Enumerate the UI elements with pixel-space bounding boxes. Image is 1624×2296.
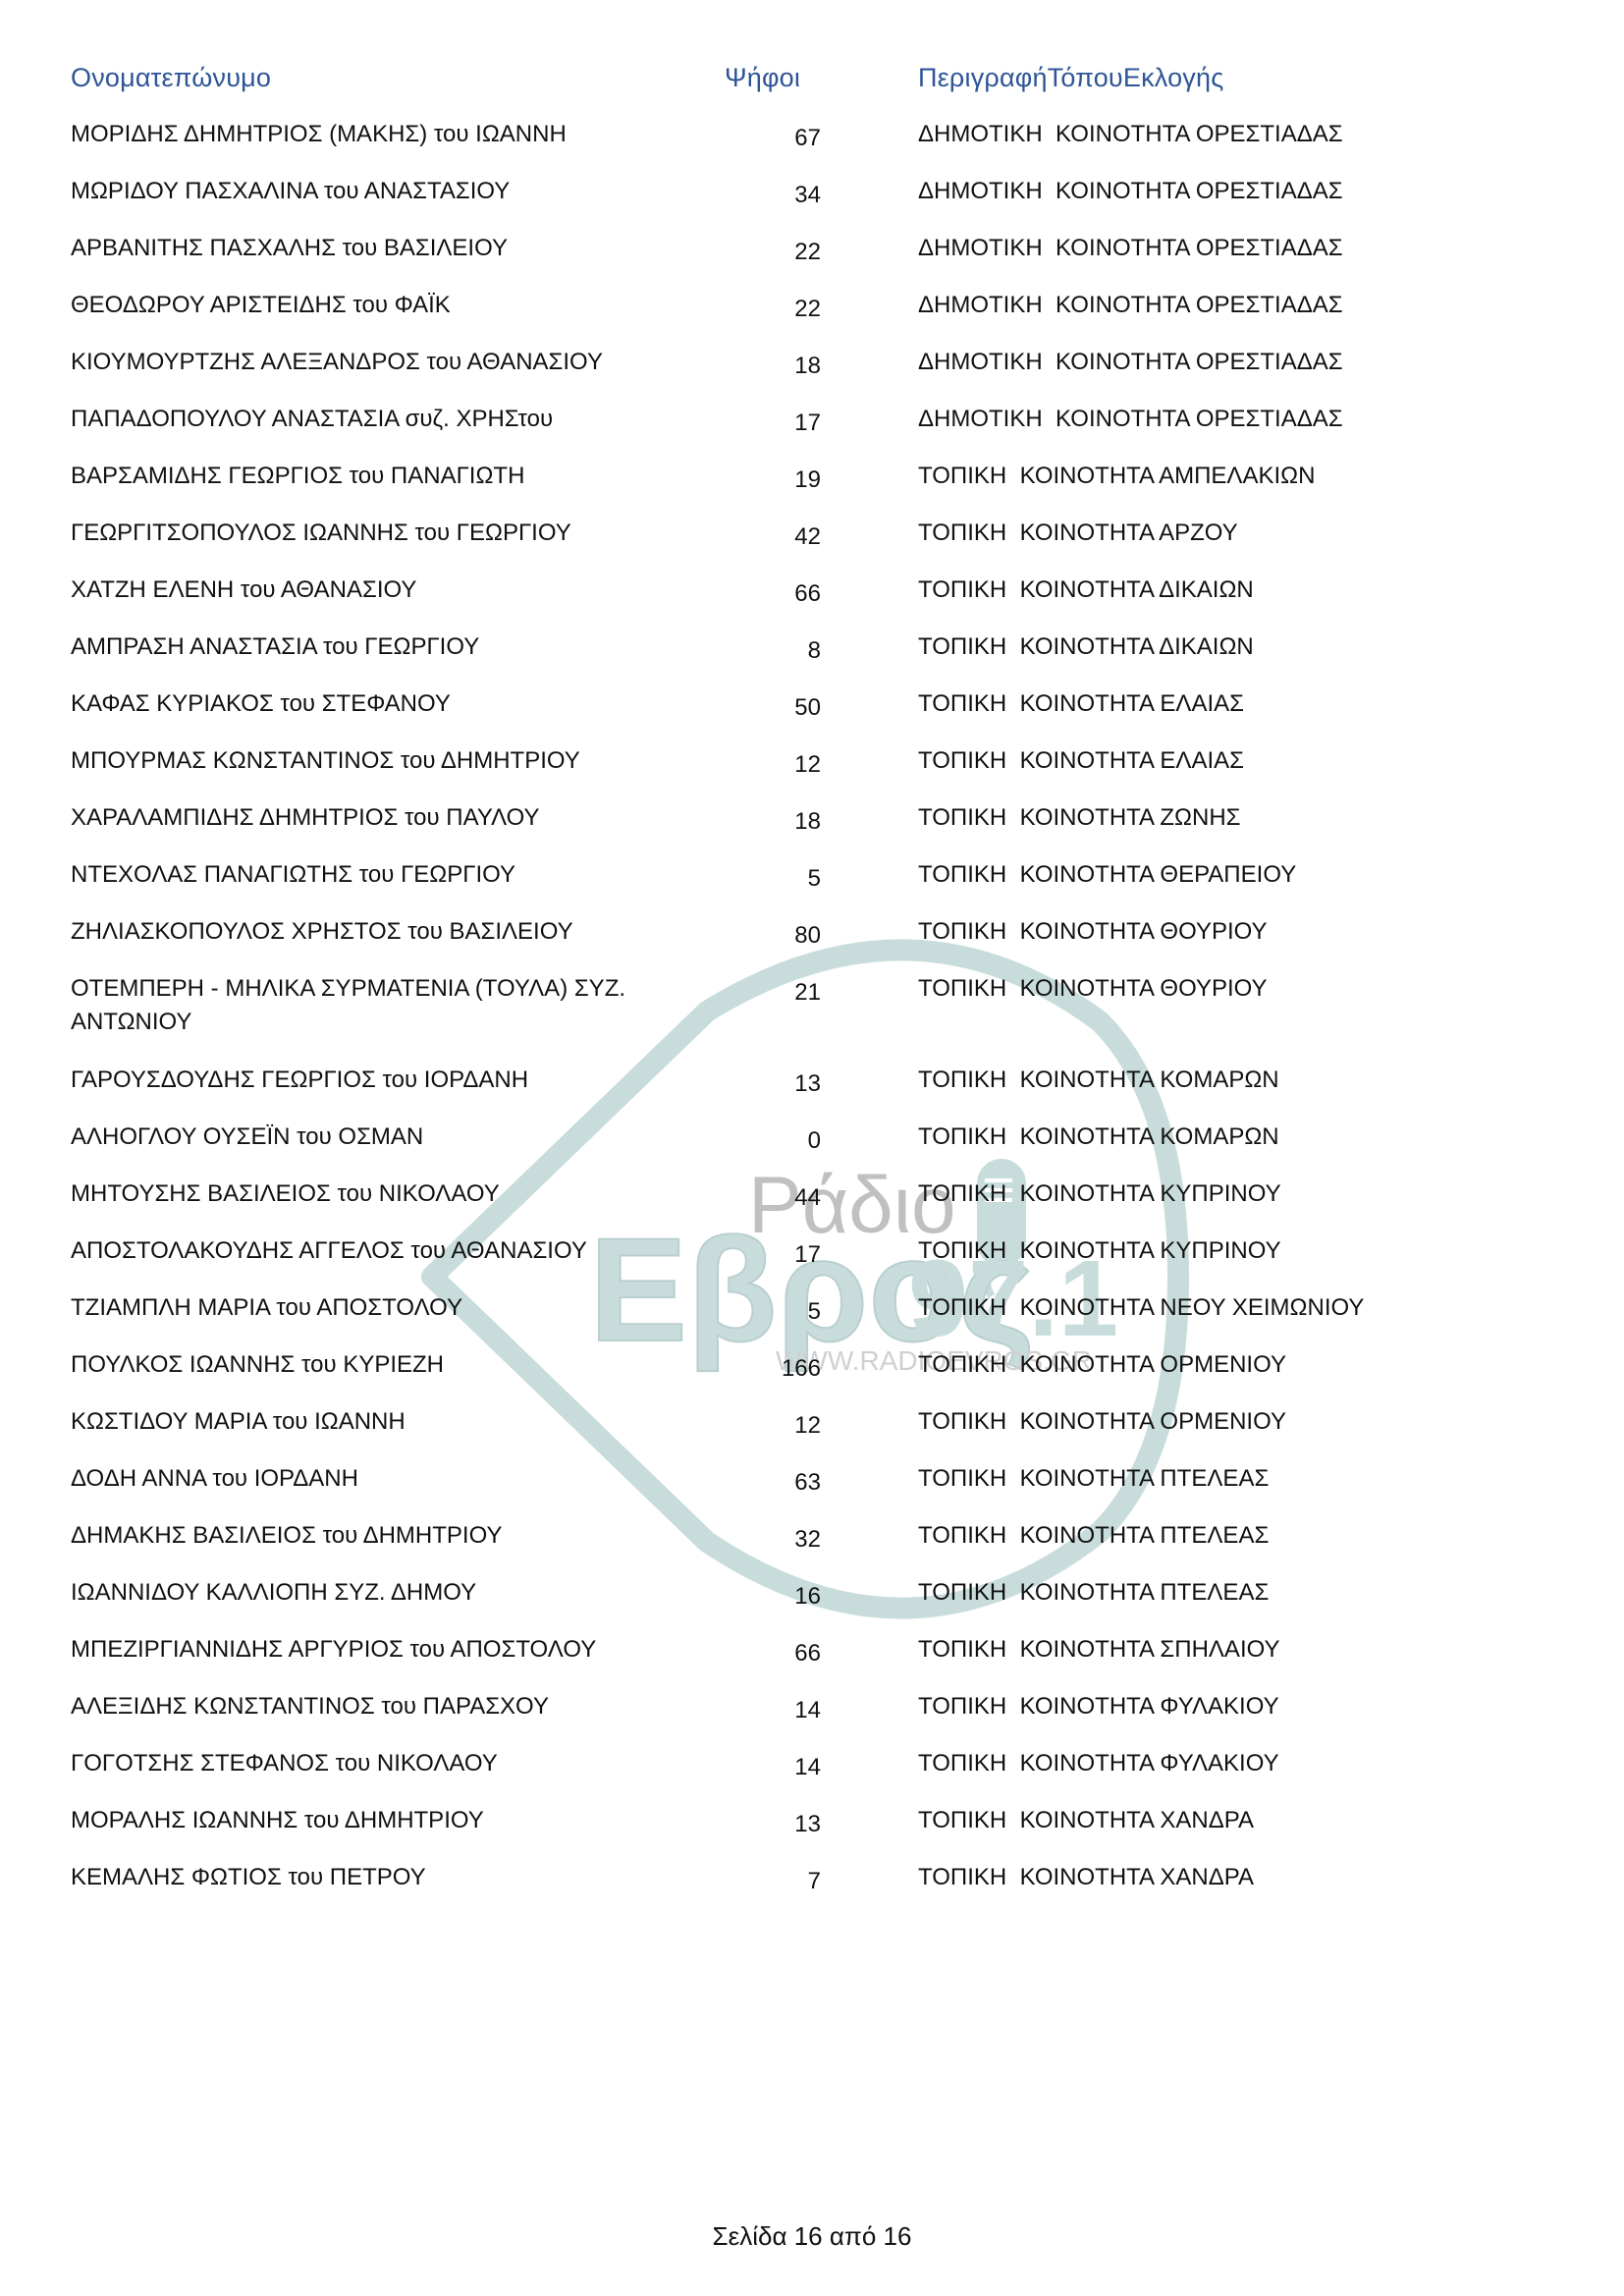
candidate-name: ΜΩΡΙΔΟΥ ΠΑΣΧΑΛΙΝΑ του ΑΝΑΣΤΑΣΙΟΥ — [71, 175, 660, 208]
candidate-name: ΓΕΩΡΓΙΤΣΟΠΟΥΛΟΣ ΙΩΑΝΝΗΣ του ΓΕΩΡΓΙΟΥ — [71, 517, 660, 550]
candidate-name: ΟΤΕΜΠΕΡΗ - ΜΗΛΙΚΑ ΣΥΡΜΑΤΕΝΙΑ (ΤΟΥΛΑ) ΣΥΖ… — [71, 972, 660, 1039]
vote-count: 18 — [727, 350, 821, 383]
vote-count: 13 — [727, 1808, 821, 1841]
election-place: ΔΗΜΟΤΙΚΗ ΚΟΙΝΟΤΗΤΑ ΟΡΕΣΤΙΑΔΑΣ — [918, 175, 1343, 208]
election-place: ΤΟΠΙΚΗ ΚΟΙΝΟΤΗΤΑ ΚΟΜΑΡΩΝ — [918, 1121, 1279, 1154]
vote-count: 0 — [727, 1124, 821, 1158]
column-header-votes: Ψήφοι — [725, 63, 800, 93]
candidate-name: ΜΠΟΥΡΜΑΣ ΚΩΝΣΤΑΝΤΙΝΟΣ του ΔΗΜΗΤΡΙΟΥ — [71, 744, 660, 778]
election-place: ΤΟΠΙΚΗ ΚΟΙΝΟΤΗΤΑ ΠΤΕΛΕΑΣ — [918, 1462, 1269, 1496]
candidate-name: ΠΟΥΛΚΟΣ ΙΩΑΝΝΗΣ του ΚΥΡΙΕΖΗ — [71, 1348, 660, 1382]
election-place: ΤΟΠΙΚΗ ΚΟΙΝΟΤΗΤΑ ΧΑΝΔΡΑ — [918, 1861, 1254, 1894]
vote-count: 7 — [727, 1865, 821, 1898]
vote-count: 44 — [727, 1181, 821, 1215]
candidate-name: ΝΤΕΧΟΛΑΣ ΠΑΝΑΓΙΩΤΗΣ του ΓΕΩΡΓΙΟΥ — [71, 858, 660, 892]
column-header-name: Ονοματεπώνυμο — [71, 63, 271, 93]
election-place: ΤΟΠΙΚΗ ΚΟΙΝΟΤΗΤΑ ΟΡΜΕΝΙΟΥ — [918, 1348, 1286, 1382]
vote-count: 12 — [727, 748, 821, 782]
election-place: ΤΟΠΙΚΗ ΚΟΙΝΟΤΗΤΑ ΘΟΥΡΙΟΥ — [918, 915, 1268, 949]
candidate-name: ΜΠΕΖΙΡΓΙΑΝΝΙΔΗΣ ΑΡΓΥΡΙΟΣ του ΑΠΟΣΤΟΛΟΥ — [71, 1633, 660, 1667]
candidate-name: ΓΟΓΟΤΣΗΣ ΣΤΕΦΑΝΟΣ του ΝΙΚΟΛΑΟΥ — [71, 1747, 660, 1780]
vote-count: 17 — [727, 1238, 821, 1272]
election-place: ΤΟΠΙΚΗ ΚΟΙΝΟΤΗΤΑ ΠΤΕΛΕΑΣ — [918, 1519, 1269, 1553]
election-place: ΤΟΠΙΚΗ ΚΟΙΝΟΤΗΤΑ ΘΟΥΡΙΟΥ — [918, 972, 1268, 1006]
candidate-name: ΚΙΟΥΜΟΥΡΤΖΗΣ ΑΛΕΞΑΝΔΡΟΣ του ΑΘΑΝΑΣΙΟΥ — [71, 346, 660, 379]
vote-count: 21 — [727, 976, 821, 1010]
vote-count: 66 — [727, 1637, 821, 1670]
vote-count: 12 — [727, 1409, 821, 1443]
election-place: ΔΗΜΟΤΙΚΗ ΚΟΙΝΟΤΗΤΑ ΟΡΕΣΤΙΑΔΑΣ — [918, 118, 1343, 151]
election-place: ΤΟΠΙΚΗ ΚΟΙΝΟΤΗΤΑ ΔΙΚΑΙΩΝ — [918, 574, 1254, 607]
election-place: ΤΟΠΙΚΗ ΚΟΙΝΟΤΗΤΑ ΕΛΑΙΑΣ — [918, 744, 1244, 778]
election-place: ΤΟΠΙΚΗ ΚΟΙΝΟΤΗΤΑ ΑΡΖΟΥ — [918, 517, 1238, 550]
candidate-name: ΧΑΡΑΛΑΜΠΙΔΗΣ ΔΗΜΗΤΡΙΟΣ του ΠΑΥΛΟΥ — [71, 801, 660, 835]
vote-count: 63 — [727, 1466, 821, 1500]
election-place: ΤΟΠΙΚΗ ΚΟΙΝΟΤΗΤΑ ΧΑΝΔΡΑ — [918, 1804, 1254, 1837]
page-number: Σελίδα 16 από 16 — [0, 2221, 1624, 2252]
vote-count: 18 — [727, 805, 821, 839]
candidate-name: ΜΟΡΙΔΗΣ ΔΗΜΗΤΡΙΟΣ (ΜΑΚΗΣ) του ΙΩΑΝΝΗ — [71, 118, 660, 151]
vote-count: 5 — [727, 1295, 821, 1329]
vote-count: 16 — [727, 1580, 821, 1613]
candidate-name: ΚΩΣΤΙΔΟΥ ΜΑΡΙΑ του ΙΩΑΝΝΗ — [71, 1405, 660, 1439]
vote-count: 5 — [727, 862, 821, 896]
candidate-name: ΜΗΤΟΥΣΗΣ ΒΑΣΙΛΕΙΟΣ του ΝΙΚΟΛΑΟΥ — [71, 1177, 660, 1211]
vote-count: 50 — [727, 691, 821, 725]
election-place: ΤΟΠΙΚΗ ΚΟΙΝΟΤΗΤΑ ΚΥΠΡΙΝΟΥ — [918, 1177, 1281, 1211]
vote-count: 17 — [727, 407, 821, 440]
candidate-name: ΑΜΠΡΑΣΗ ΑΝΑΣΤΑΣΙΑ του ΓΕΩΡΓΙΟΥ — [71, 630, 660, 664]
election-place: ΔΗΜΟΤΙΚΗ ΚΟΙΝΟΤΗΤΑ ΟΡΕΣΤΙΑΔΑΣ — [918, 403, 1343, 436]
candidate-name: ΓΑΡΟΥΣΔΟΥΔΗΣ ΓΕΩΡΓΙΟΣ του ΙΟΡΔΑΝΗ — [71, 1064, 660, 1097]
candidate-name: ΧΑΤΖΗ ΕΛΕΝΗ του ΑΘΑΝΑΣΙΟΥ — [71, 574, 660, 607]
candidate-name: ΤΖΙΑΜΠΛΗ ΜΑΡΙΑ του ΑΠΟΣΤΟΛΟΥ — [71, 1291, 660, 1325]
candidate-name: ΑΠΟΣΤΟΛΑΚΟΥΔΗΣ ΑΓΓΕΛΟΣ του ΑΘΑΝΑΣΙΟΥ — [71, 1234, 660, 1268]
election-place: ΤΟΠΙΚΗ ΚΟΙΝΟΤΗΤΑ ΟΡΜΕΝΙΟΥ — [918, 1405, 1286, 1439]
vote-count: 34 — [727, 179, 821, 212]
candidate-name: ΜΟΡΑΛΗΣ ΙΩΑΝΝΗΣ του ΔΗΜΗΤΡΙΟΥ — [71, 1804, 660, 1837]
candidate-name: ΘΕΟΔΩΡΟΥ ΑΡΙΣΤΕΙΔΗΣ του ΦΑΪΚ — [71, 289, 660, 322]
vote-count: 22 — [727, 236, 821, 269]
vote-count: 13 — [727, 1067, 821, 1101]
election-place: ΤΟΠΙΚΗ ΚΟΙΝΟΤΗΤΑ ΑΜΠΕΛΑΚΙΩΝ — [918, 460, 1315, 493]
vote-count: 8 — [727, 634, 821, 668]
election-place: ΤΟΠΙΚΗ ΚΟΙΝΟΤΗΤΑ ΝΕΟΥ ΧΕΙΜΩΝΙΟΥ — [918, 1291, 1364, 1325]
election-place: ΤΟΠΙΚΗ ΚΟΙΝΟΤΗΤΑ ΚΥΠΡΙΝΟΥ — [918, 1234, 1281, 1268]
candidate-name: ΚΑΦΑΣ ΚΥΡΙΑΚΟΣ του ΣΤΕΦΑΝΟΥ — [71, 687, 660, 721]
candidate-name: ΑΛΕΞΙΔΗΣ ΚΩΝΣΤΑΝΤΙΝΟΣ του ΠΑΡΑΣΧΟΥ — [71, 1690, 660, 1723]
election-place: ΤΟΠΙΚΗ ΚΟΙΝΟΤΗΤΑ ΔΙΚΑΙΩΝ — [918, 630, 1254, 664]
candidate-name: ΖΗΛΙΑΣΚΟΠΟΥΛΟΣ ΧΡΗΣΤΟΣ του ΒΑΣΙΛΕΙΟΥ — [71, 915, 660, 949]
election-place: ΔΗΜΟΤΙΚΗ ΚΟΙΝΟΤΗΤΑ ΟΡΕΣΤΙΑΔΑΣ — [918, 289, 1343, 322]
election-place: ΤΟΠΙΚΗ ΚΟΙΝΟΤΗΤΑ ΘΕΡΑΠΕΙΟΥ — [918, 858, 1296, 892]
candidate-name: ΔΟΔΗ ΑΝΝΑ του ΙΟΡΔΑΝΗ — [71, 1462, 660, 1496]
election-place: ΤΟΠΙΚΗ ΚΟΙΝΟΤΗΤΑ ΖΩΝΗΣ — [918, 801, 1241, 835]
candidate-name: ΑΛΗΟΓΛΟΥ ΟΥΣΕΪΝ του ΟΣΜΑΝ — [71, 1121, 660, 1154]
election-place: ΔΗΜΟΤΙΚΗ ΚΟΙΝΟΤΗΤΑ ΟΡΕΣΤΙΑΔΑΣ — [918, 346, 1343, 379]
election-place: ΤΟΠΙΚΗ ΚΟΙΝΟΤΗΤΑ ΦΥΛΑΚΙΟΥ — [918, 1690, 1279, 1723]
vote-count: 14 — [727, 1694, 821, 1727]
vote-count: 80 — [727, 919, 821, 953]
vote-count: 66 — [727, 577, 821, 611]
election-place: ΔΗΜΟΤΙΚΗ ΚΟΙΝΟΤΗΤΑ ΟΡΕΣΤΙΑΔΑΣ — [918, 232, 1343, 265]
election-place: ΤΟΠΙΚΗ ΚΟΙΝΟΤΗΤΑ ΕΛΑΙΑΣ — [918, 687, 1244, 721]
candidate-name: ΠΑΠΑΔΟΠΟΥΛΟΥ ΑΝΑΣΤΑΣΙΑ συζ. ΧΡΗΣτου — [71, 403, 660, 436]
document-page: Ονοματεπώνυμο Ψήφοι ΠεριγραφήΤόπουΕκλογή… — [0, 0, 1624, 2296]
vote-count: 22 — [727, 293, 821, 326]
candidate-name: ΔΗΜΑΚΗΣ ΒΑΣΙΛΕΙΟΣ του ΔΗΜΗΤΡΙΟΥ — [71, 1519, 660, 1553]
column-header-place: ΠεριγραφήΤόπουΕκλογής — [918, 63, 1223, 93]
candidate-name: ΑΡΒΑΝΙΤΗΣ ΠΑΣΧΑΛΗΣ του ΒΑΣΙΛΕΙΟΥ — [71, 232, 660, 265]
vote-count: 166 — [727, 1352, 821, 1386]
election-place: ΤΟΠΙΚΗ ΚΟΙΝΟΤΗΤΑ ΦΥΛΑΚΙΟΥ — [918, 1747, 1279, 1780]
candidate-name: ΚΕΜΑΛΗΣ ΦΩΤΙΟΣ του ΠΕΤΡΟΥ — [71, 1861, 660, 1894]
election-place: ΤΟΠΙΚΗ ΚΟΙΝΟΤΗΤΑ ΣΠΗΛΑΙΟΥ — [918, 1633, 1280, 1667]
vote-count: 42 — [727, 520, 821, 554]
vote-count: 67 — [727, 122, 821, 155]
candidate-name: ΙΩΑΝΝΙΔΟΥ ΚΑΛΛΙΟΠΗ ΣΥΖ. ΔΗΜΟΥ — [71, 1576, 660, 1610]
election-place: ΤΟΠΙΚΗ ΚΟΙΝΟΤΗΤΑ ΠΤΕΛΕΑΣ — [918, 1576, 1269, 1610]
election-place: ΤΟΠΙΚΗ ΚΟΙΝΟΤΗΤΑ ΚΟΜΑΡΩΝ — [918, 1064, 1279, 1097]
candidate-name: ΒΑΡΣΑΜΙΔΗΣ ΓΕΩΡΓΙΟΣ του ΠΑΝΑΓΙΩΤΗ — [71, 460, 660, 493]
vote-count: 14 — [727, 1751, 821, 1784]
vote-count: 32 — [727, 1523, 821, 1557]
vote-count: 19 — [727, 464, 821, 497]
